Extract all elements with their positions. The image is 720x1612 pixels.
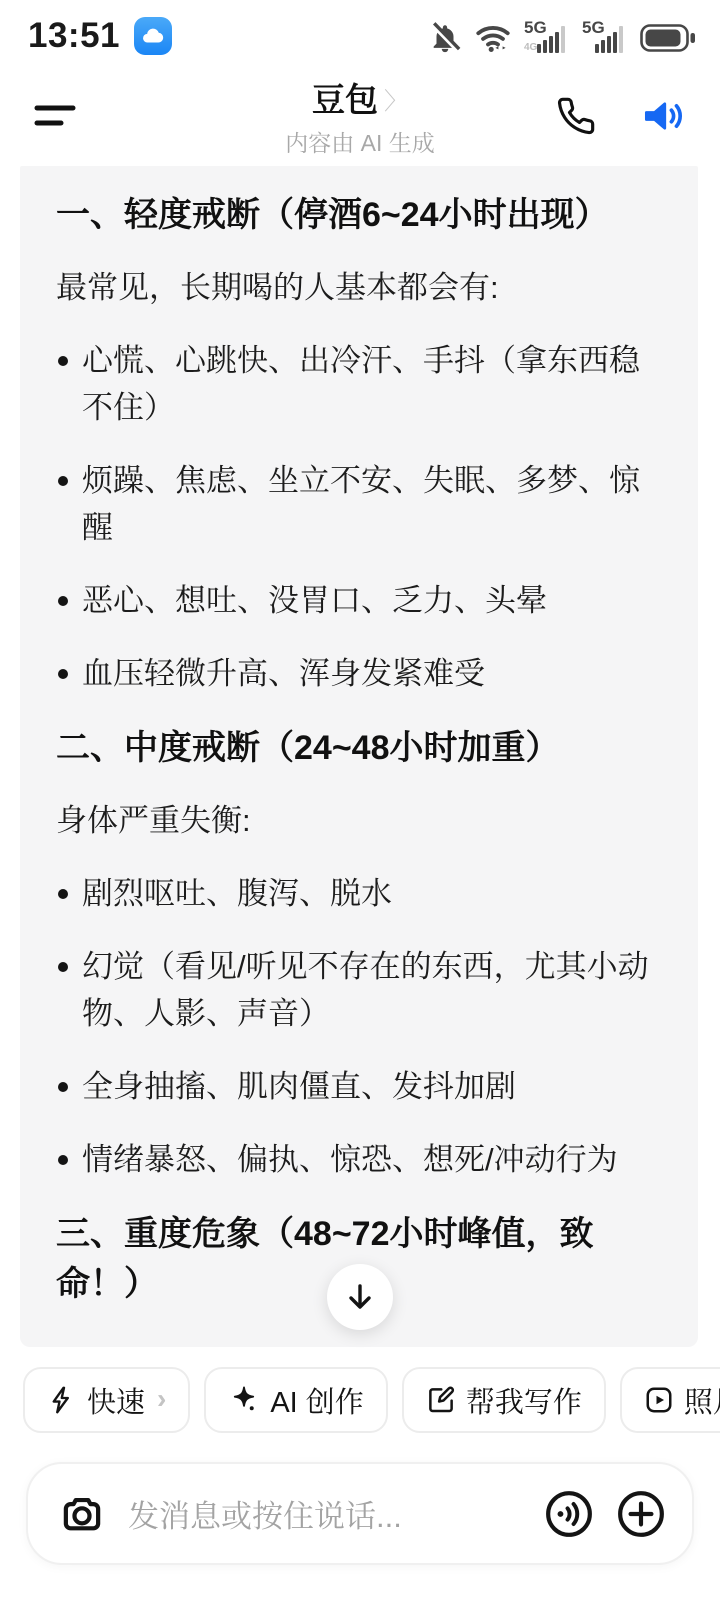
bullet-item: 烦躁、焦虑、坐立不安、失眠、多梦、惊醒: [56, 457, 668, 551]
battery-icon: [640, 24, 696, 52]
add-attachment-button[interactable]: [616, 1489, 666, 1539]
chevron-right-icon: 〉: [384, 81, 408, 116]
page-title: 豆包: [312, 74, 378, 121]
section-heading: 二、中度戒断（24~48小时加重）: [56, 723, 668, 773]
section-intro: 最常见，长期喝的人基本都会有:: [56, 264, 668, 311]
sparkle-icon: [228, 1384, 260, 1416]
quick-action-label: 快速: [87, 1380, 145, 1421]
bullet-item: 全身抽搐、肌肉僵直、发抖加剧: [56, 1063, 668, 1110]
lightning-icon: [47, 1384, 77, 1416]
speaker-on-icon: [640, 95, 686, 137]
bullet-item: 剧烈呕吐、腹泻、脱水: [56, 870, 668, 917]
voice-wave-icon: [544, 1489, 594, 1539]
bullet-item: 情绪暴怒、偏执、惊恐、想死/冲动行为: [56, 1136, 668, 1183]
section-heading: 一、轻度戒断（停酒6~24小时出现）: [56, 190, 668, 240]
arrow-down-icon: [344, 1281, 376, 1313]
section-intro: 身体严重失衡:: [56, 797, 668, 844]
signal-5g-sim1-icon: 5G 4G: [524, 16, 570, 56]
assistant-message-bubble: 一、轻度戒断（停酒6~24小时出现） 最常见，长期喝的人基本都会有: 心慌、心跳…: [20, 166, 698, 1347]
chevron-right-icon: ›: [157, 1383, 166, 1415]
signal-5g-sim2-icon: 5G: [582, 16, 628, 56]
quick-action-bar: 快速 › AI 创作 帮我写作 照片动起: [23, 1367, 720, 1433]
wifi-icon: [474, 20, 512, 56]
menu-button[interactable]: [34, 92, 82, 140]
quick-action-animate-photo[interactable]: 照片动起: [620, 1367, 720, 1433]
conversation-title[interactable]: 豆包 〉 内容由 AI 生成: [285, 74, 435, 158]
status-bar: 13:51 5G 4G: [0, 0, 720, 66]
plus-icon: [616, 1489, 666, 1539]
call-button[interactable]: [556, 96, 596, 136]
input-placeholder: 发消息或按住说话...: [128, 1491, 402, 1536]
message-input-bar: 发消息或按住说话...: [26, 1462, 694, 1565]
camera-button[interactable]: [58, 1492, 106, 1536]
bullet-item: 恶心、想吐、没胃口、乏力、头晕: [56, 577, 668, 624]
bell-muted-icon: [428, 20, 462, 56]
message-section-2: 二、中度戒断（24~48小时加重） 身体严重失衡: 剧烈呕吐、腹泻、脱水 幻觉（…: [56, 723, 668, 1183]
message-section-1: 一、轻度戒断（停酒6~24小时出现） 最常见，长期喝的人基本都会有: 心慌、心跳…: [56, 190, 668, 697]
bullet-item: 血压轻微升高、浑身发紧难受: [56, 650, 668, 697]
app-header: 豆包 〉 内容由 AI 生成: [0, 66, 720, 166]
quick-action-label: 帮我写作: [466, 1380, 582, 1421]
quick-action-shortcuts[interactable]: 快速 ›: [23, 1367, 190, 1433]
message-input[interactable]: 发消息或按住说话...: [58, 1464, 544, 1563]
camera-icon: [58, 1492, 106, 1536]
bullet-item: 心慌、心跳快、出冷汗、手抖（拿东西稳不住）: [56, 337, 668, 431]
quick-action-label: AI 创作: [270, 1380, 363, 1421]
scroll-to-bottom-button[interactable]: [327, 1264, 393, 1330]
ai-disclaimer: 内容由 AI 生成: [285, 125, 435, 158]
read-aloud-button[interactable]: [640, 95, 686, 137]
voice-mode-button[interactable]: [544, 1489, 594, 1539]
compose-icon: [426, 1384, 456, 1416]
phone-icon: [556, 96, 596, 136]
quick-action-help-write[interactable]: 帮我写作: [402, 1367, 606, 1433]
quick-action-ai-create[interactable]: AI 创作: [204, 1367, 387, 1433]
clock: 13:51: [28, 16, 120, 56]
menu-icon: [34, 102, 78, 130]
cloud-app-icon: [134, 17, 172, 55]
play-video-icon: [644, 1384, 674, 1416]
bullet-item: 幻觉（看见/听见不存在的东西，尤其小动物、人影、声音）: [56, 943, 668, 1037]
quick-action-label: 照片动起: [684, 1380, 720, 1421]
